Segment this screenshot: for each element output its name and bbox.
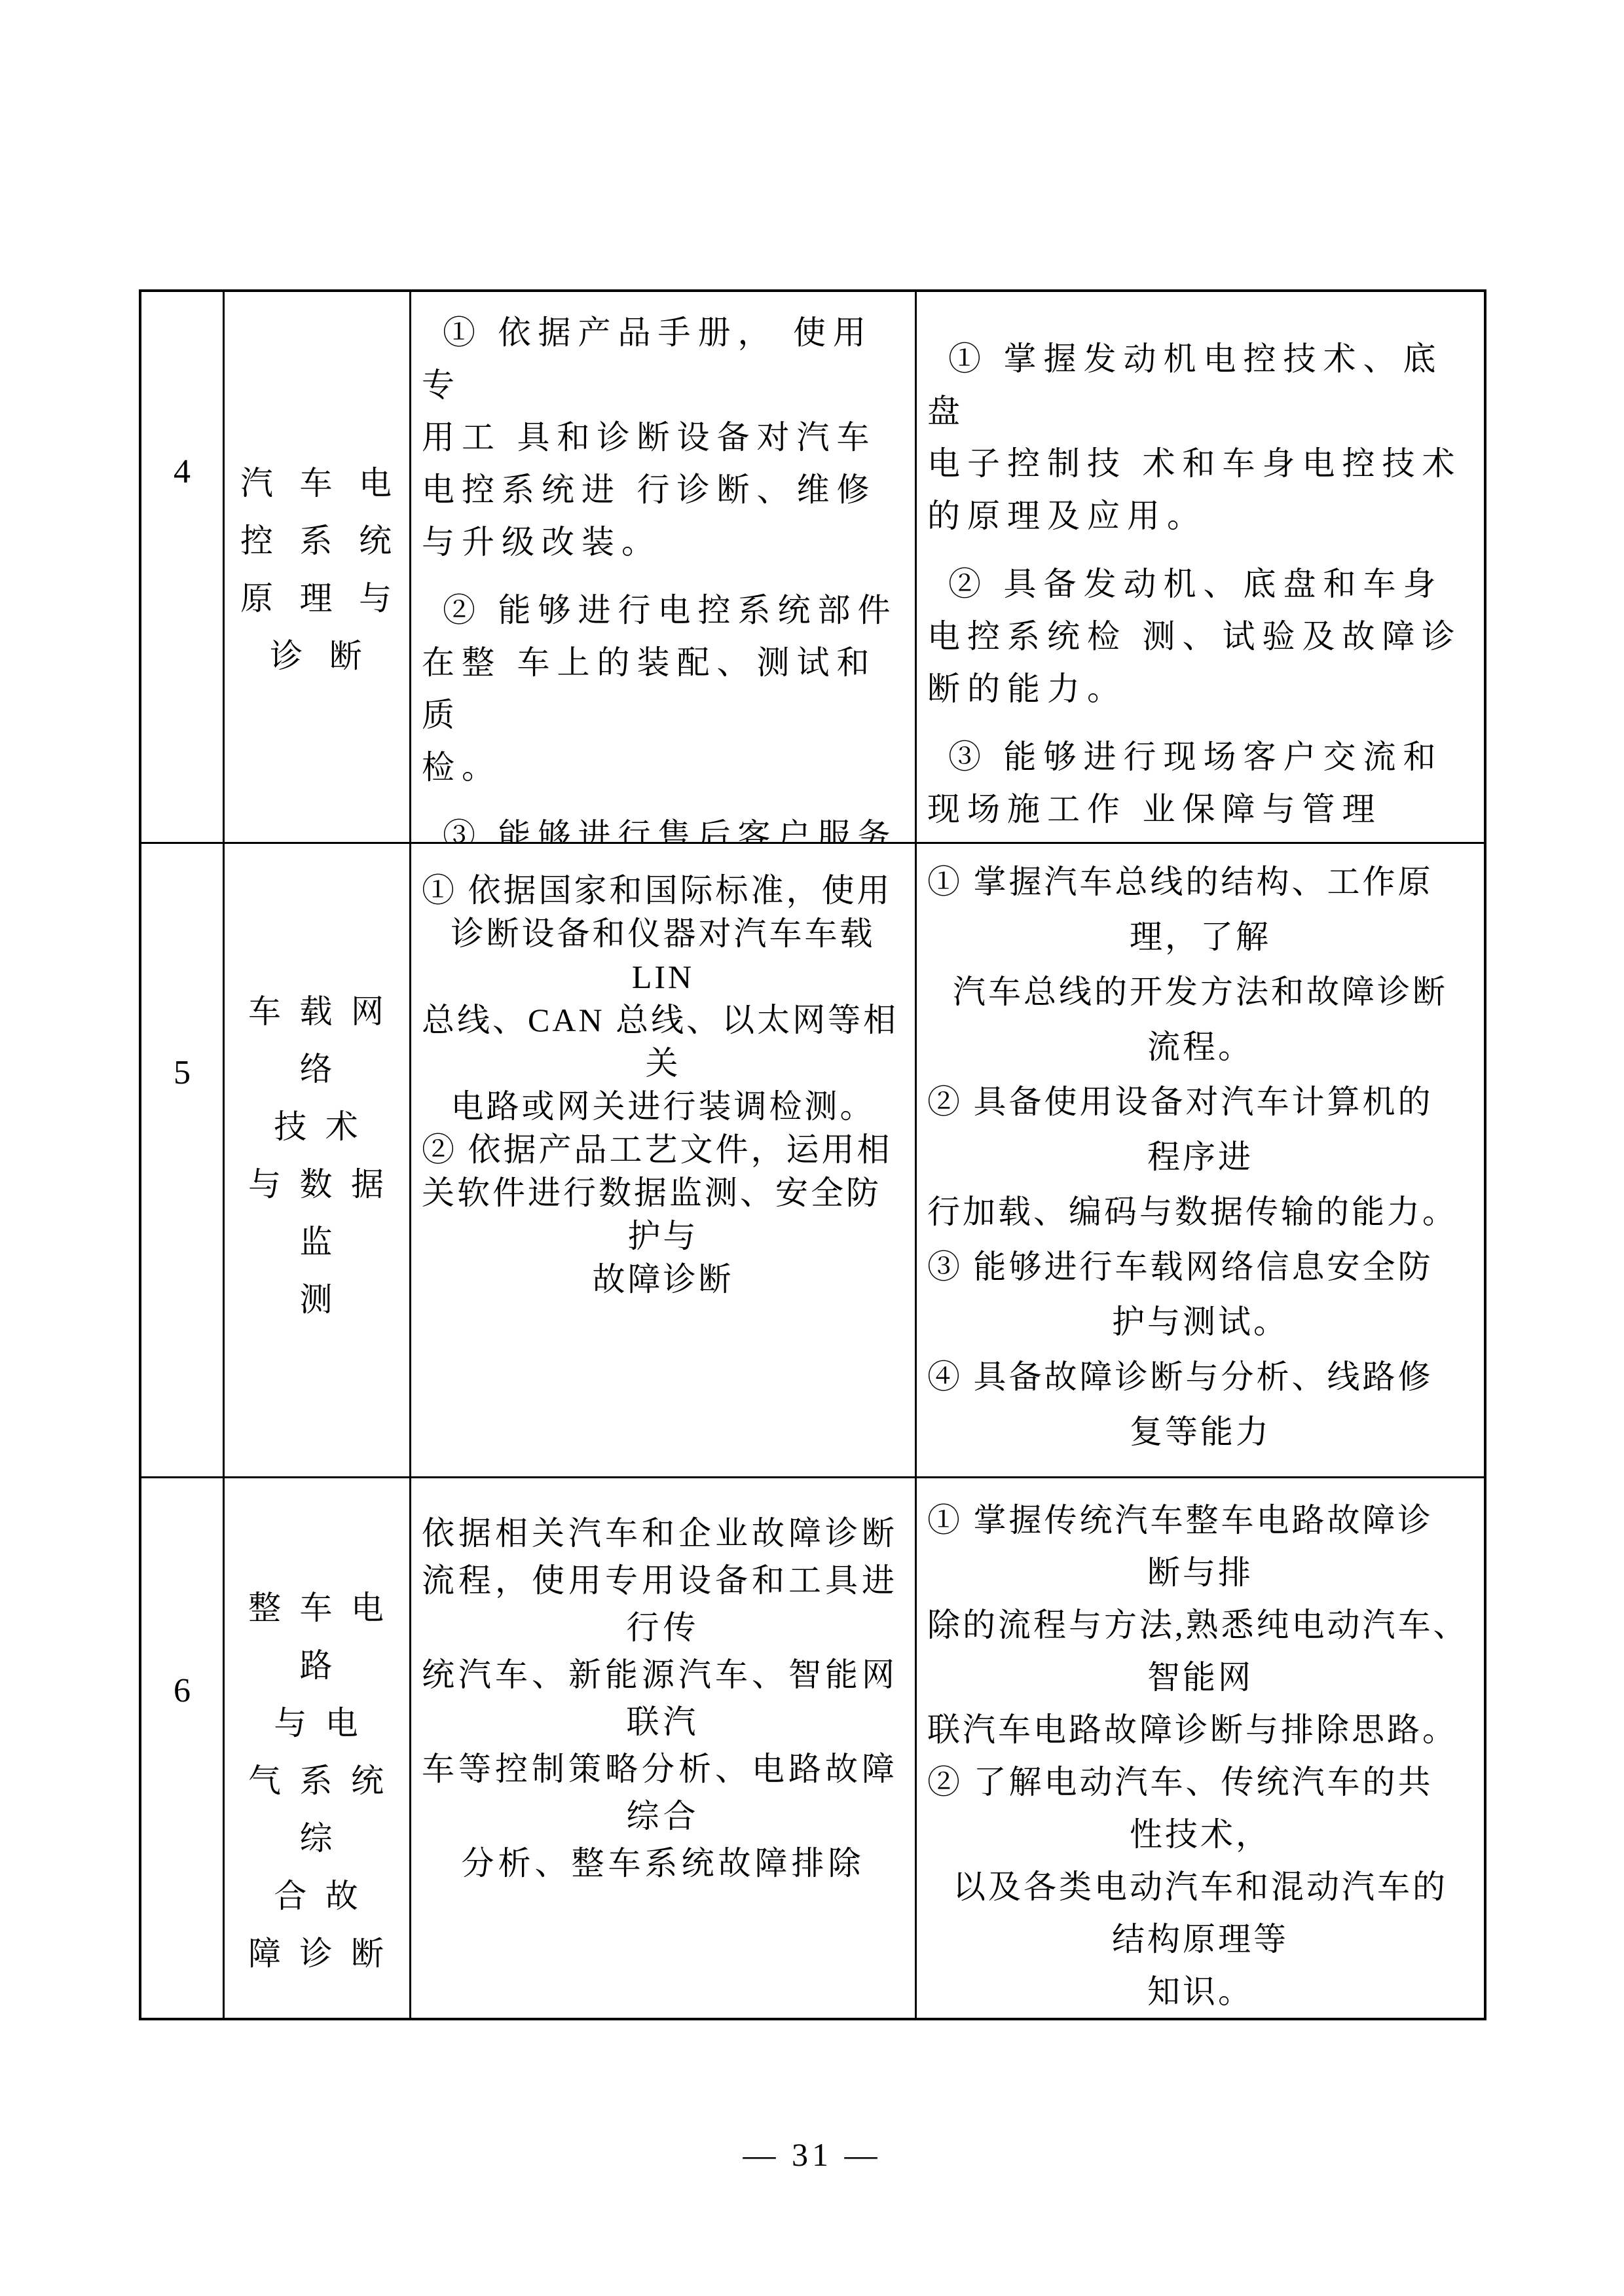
row-number: 5 (141, 844, 223, 1092)
text-line: 测 (225, 1271, 409, 1328)
text-line: ① 依据产品手册， 使用专 (422, 306, 904, 411)
text-line: ② 能够进行电控系统部件 (422, 584, 904, 636)
text-line: 车 载 网 络 (225, 983, 409, 1098)
work-tasks-text: 依据相关汽车和企业故障诊断流程，使用专用设备和工具进行传统汽车、新能源汽车、智能… (422, 1478, 904, 1887)
abilities-cell: ① 掌握发动机电控技术、底盘电子控制技 术和车身电控技术的原理及应用。② 具备发… (917, 292, 1484, 842)
text-line: 流程，使用专用设备和工具进 (422, 1557, 904, 1604)
task-name-cell: 整 车 电 路与 电气 系 统 综合 故障 诊 断 (225, 1478, 411, 2018)
text-line: 关 (422, 1042, 904, 1085)
text-line: 断与排 (927, 1546, 1473, 1599)
text-line: 与升级改装。 (422, 516, 904, 568)
abilities-text: ① 掌握传统汽车整车电路故障诊断与排除的流程与方法,熟悉纯电动汽车、智能网联汽车… (927, 1478, 1473, 2018)
text-line: 技 术 (225, 1098, 409, 1156)
text-line: 合 故 (225, 1867, 409, 1925)
text-line: 依据相关汽车和企业故障诊断 (422, 1510, 904, 1557)
text-line: 性技术， (927, 1808, 1473, 1861)
text-line: 电路或网关进行装调检测。 (422, 1085, 904, 1128)
task-name-cell: 汽 车 电控 系 统原 理 与诊 断 (225, 292, 411, 842)
task-name-cell: 车 载 网 络技 术与 数 据 监测 (225, 844, 411, 1476)
text-line: 气 系 统 综 (225, 1752, 409, 1867)
work-tasks-table: 4 汽 车 电控 系 统原 理 与诊 断 ① 依据产品手册， 使用专用工 具和诊… (139, 289, 1486, 2020)
text-line: ③ 能够进行售后客户服务 (422, 809, 904, 842)
text-line: 与 数 据 监 (225, 1156, 409, 1271)
text-line: 的原理及应用。 (927, 490, 1473, 542)
row-number-cell: 5 (141, 844, 225, 1476)
text-line: ② 了解电动汽车、传统汽车的共 (927, 1756, 1473, 1808)
text-line: 故障诊断 (422, 1258, 904, 1301)
text-line: 除的流程与方法,熟悉纯电动汽车、 (927, 1599, 1473, 1651)
text-line: 现场施工作 业保障与管理 (927, 783, 1473, 835)
text-line: ① 掌握传统汽车整车电路故障诊 (927, 1494, 1473, 1546)
table-row: 5 车 载 网 络技 术与 数 据 监测 ① 依据国家和国际标准，使用诊断设备和… (141, 844, 1484, 1478)
text-line: 知识。 (927, 1965, 1473, 2018)
row-number-cell: 6 (141, 1478, 225, 2018)
text-line: ① 掌握发动机电控技术、底盘 (927, 333, 1473, 437)
text-line: 统汽车、新能源汽车、智能网 (422, 1651, 904, 1698)
row-number: 4 (141, 292, 223, 491)
text-line: 行加载、编码与数据传输的能力。 (927, 1184, 1473, 1239)
work-tasks-text: ① 依据国家和国际标准，使用诊断设备和仪器对汽车车载LIN总线、CAN 总线、以… (422, 844, 904, 1301)
text-line: 控 系 统 (225, 512, 409, 570)
text-line: 关软件进行数据监测、安全防 (422, 1171, 904, 1214)
text-line: 理，了解 (927, 909, 1473, 964)
text-line: 智能网 (927, 1651, 1473, 1704)
text-line: 汽 车 电 (225, 454, 409, 512)
text-line: 护与 (422, 1214, 904, 1258)
text-line: 程序进 (927, 1129, 1473, 1184)
text-line: 汽车总线的开发方法和故障诊断 (927, 964, 1473, 1019)
text-line: ③ 能够进行现场客户交流和 (927, 731, 1473, 783)
work-tasks-cell: 依据相关汽车和企业故障诊断流程，使用专用设备和工具进行传统汽车、新能源汽车、智能… (411, 1478, 917, 2018)
row-number-cell: 4 (141, 292, 225, 842)
task-name: 汽 车 电控 系 统原 理 与诊 断 (225, 292, 409, 685)
text-line: 联汽 (422, 1698, 904, 1745)
table-row: 4 汽 车 电控 系 统原 理 与诊 断 ① 依据产品手册， 使用专用工 具和诊… (141, 292, 1484, 844)
text-line: 护与测试。 (927, 1294, 1473, 1349)
work-tasks-cell: ① 依据国家和国际标准，使用诊断设备和仪器对汽车车载LIN总线、CAN 总线、以… (411, 844, 917, 1476)
text-line: 在整 车上的装配、测试和质 (422, 636, 904, 741)
text-line: ③ 能够进行车载网络信息安全防 (927, 1239, 1473, 1294)
text-line: 断的能力。 (927, 663, 1473, 715)
text-line: 电控系统检 测、试验及故障诊 (927, 610, 1473, 663)
work-tasks-cell: ① 依据产品手册， 使用专用工 具和诊断设备对汽车电控系统进 行诊断、维修与升级… (411, 292, 917, 842)
text-line: 诊 断 (225, 627, 409, 685)
text-line: 车等控制策略分析、电路故障 (422, 1745, 904, 1793)
task-name: 整 车 电 路与 电气 系 统 综合 故障 诊 断 (225, 1478, 409, 1982)
text-line: 复等能力 (927, 1404, 1473, 1459)
text-line: 分析、整车系统故障排除 (422, 1840, 904, 1887)
text-line: 综合 (422, 1793, 904, 1840)
text-line: 总线、CAN 总线、以太网等相 (422, 998, 904, 1042)
text-line: ④ 具备故障诊断与分析、线路修 (927, 1349, 1473, 1404)
text-line: 原 理 与 (225, 570, 409, 627)
document-page: { "page": { "footer": "— 31 —" }, "table… (0, 0, 1624, 2296)
text-line: 用工 具和诊断设备对汽车 (422, 411, 904, 464)
row-number: 6 (141, 1478, 223, 1710)
work-tasks-text: ① 依据产品手册， 使用专用工 具和诊断设备对汽车电控系统进 行诊断、维修与升级… (422, 292, 904, 842)
text-line: 诊断设备和仪器对汽车车载 (422, 912, 904, 955)
text-line: ② 具备使用设备对汽车计算机的 (927, 1074, 1473, 1129)
text-line: 电控系统进 行诊断、维修 (422, 464, 904, 516)
abilities-text: ① 掌握汽车总线的结构、工作原理，了解汽车总线的开发方法和故障诊断流程。② 具备… (927, 844, 1473, 1459)
text-line: ② 具备发动机、底盘和车身 (927, 558, 1473, 610)
text-line: LIN (422, 955, 904, 998)
task-name: 车 载 网 络技 术与 数 据 监测 (225, 844, 409, 1328)
text-line: 结构原理等 (927, 1913, 1473, 1965)
page-number: — 31 — (0, 2136, 1624, 2174)
text-line: 电子控制技 术和车身电控技术 (927, 437, 1473, 490)
text-line: ② 依据产品工艺文件，运用相 (422, 1128, 904, 1171)
text-line: 障 诊 断 (225, 1925, 409, 1982)
text-line: 行传 (422, 1604, 904, 1651)
abilities-text: ① 掌握发动机电控技术、底盘电子控制技 术和车身电控技术的原理及应用。② 具备发… (927, 292, 1473, 835)
abilities-cell: ① 掌握汽车总线的结构、工作原理，了解汽车总线的开发方法和故障诊断流程。② 具备… (917, 844, 1484, 1476)
text-line: 以及各类电动汽车和混动汽车的 (927, 1861, 1473, 1913)
text-line: 联汽车电路故障诊断与排除思路。 (927, 1704, 1473, 1756)
text-line: ① 掌握汽车总线的结构、工作原 (927, 854, 1473, 909)
text-line: 流程。 (927, 1019, 1473, 1074)
text-line: 整 车 电 路 (225, 1579, 409, 1694)
abilities-cell: ① 掌握传统汽车整车电路故障诊断与排除的流程与方法,熟悉纯电动汽车、智能网联汽车… (917, 1478, 1484, 2018)
text-line: 检。 (422, 741, 904, 793)
table-row: 6 整 车 电 路与 电气 系 统 综合 故障 诊 断 依据相关汽车和企业故障诊… (141, 1478, 1484, 2018)
text-line: 与 电 (225, 1694, 409, 1752)
text-line: ① 依据国家和国际标准，使用 (422, 869, 904, 912)
